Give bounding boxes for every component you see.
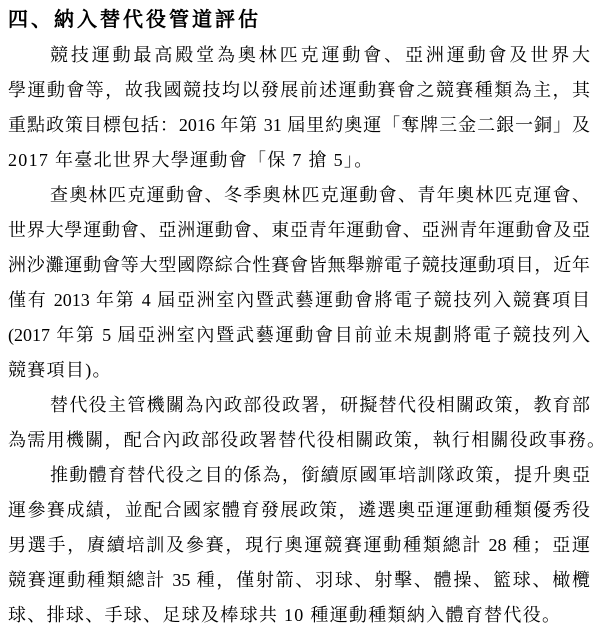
text-line: 替代役主管機關為內政部役政署，研擬替代役相關政策，教育部 <box>8 388 590 423</box>
text-line: 世界大學運動會、亞洲運動會、東亞青年運動會、亞洲青年運動會及亞 <box>8 213 590 248</box>
text-line: 競技運動最高殿堂為奧林匹克運動會、亞洲運動會及世界大 <box>8 38 590 73</box>
text-line: 競賽運動種類總計 35 種，僅射箭、羽球、射擊、體操、籃球、橄欖 <box>8 563 590 598</box>
section-heading: 四、納入替代役管道評估 <box>8 3 590 38</box>
text-line: 洲沙灘運動會等大型國際綜合性賽會皆無舉辦電子競技運動項目，近年 <box>8 248 590 283</box>
document-body: 競技運動最高殿堂為奧林匹克運動會、亞洲運動會及世界大學運動會等，故我國競技均以發… <box>8 38 590 633</box>
text-line: 推動體育替代役之目的係為，銜續原國軍培訓隊政策，提升奧亞 <box>8 458 590 493</box>
text-line: 球、排球、手球、足球及棒球共 10 種運動種類納入體育替代役。 <box>8 598 590 633</box>
text-line: 學運動會等，故我國競技均以發展前述運動賽會之競賽種類為主，其 <box>8 73 590 108</box>
text-line: 查奧林匹克運動會、冬季奧林匹克運動會、青年奧林匹克運會、 <box>8 178 590 213</box>
text-line: (2017 年第 5 屆亞洲室內暨武藝運動會目前並未規劃將電子競技列入 <box>8 318 590 353</box>
text-line: 男選手，賡續培訓及參賽，現行奧運競賽運動種類總計 28 種；亞運 <box>8 528 590 563</box>
document-page: 四、納入替代役管道評估 競技運動最高殿堂為奧林匹克運動會、亞洲運動會及世界大學運… <box>0 0 598 641</box>
text-line: 2017 年臺北世界大學運動會「保 7 搶 5」。 <box>8 143 590 178</box>
text-line: 僅有 2013 年第 4 屆亞洲室內暨武藝運動會將電子競技列入競賽項目 <box>8 283 590 318</box>
text-line: 運參賽成績，並配合國家體育發展政策，遴選奧亞運運動種類優秀役 <box>8 493 590 528</box>
text-line: 競賽項目)。 <box>8 353 590 388</box>
text-line: 重點政策目標包括：2016 年第 31 屆里約奧運「奪牌三金二銀一銅」及 <box>8 108 590 143</box>
text-line: 為需用機關，配合內政部役政署替代役相關政策，執行相關役政事務。 <box>8 423 590 458</box>
